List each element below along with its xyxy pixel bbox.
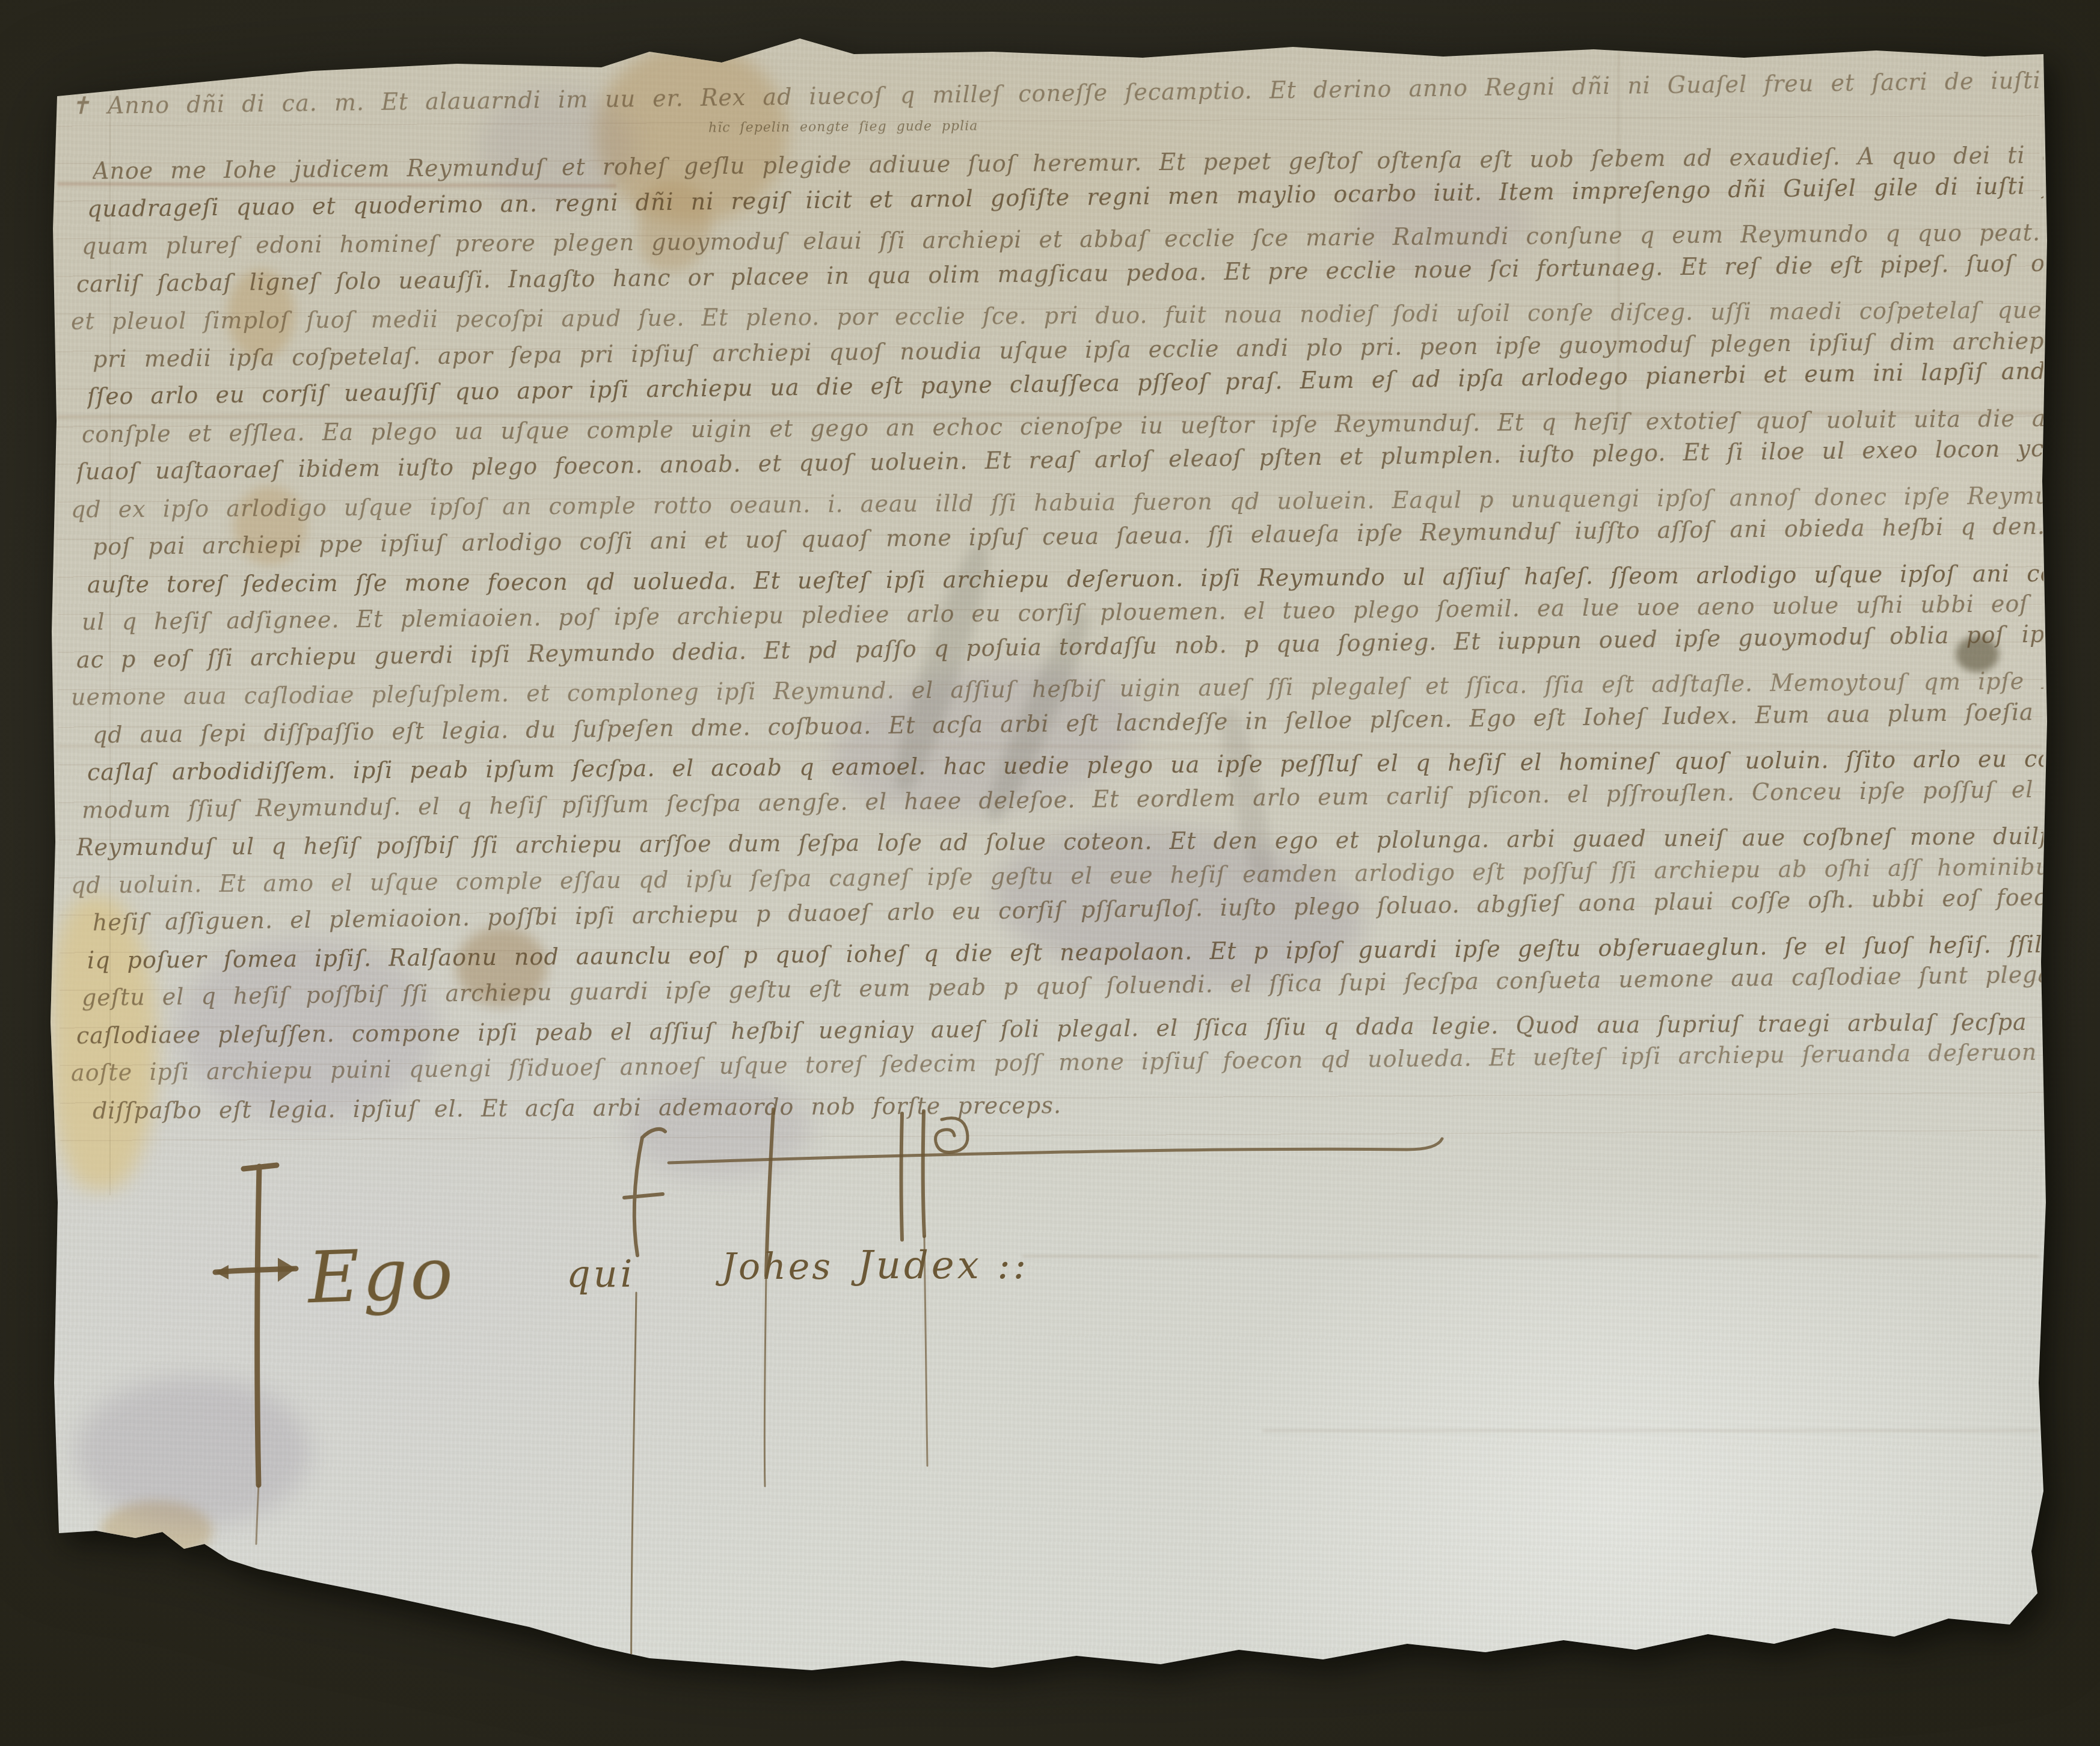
interlinear-insertion: hĩc ſepelin eongte ſieg gude pplia	[708, 119, 978, 135]
fold-crease	[1022, 1255, 2039, 1257]
photo-background: ✝ Anno dñi di ca. m. Et alauarndi im uu …	[0, 0, 2100, 1746]
signature-word-ego: Ego	[307, 1231, 456, 1319]
signature-word-judex: Judex ::	[858, 1243, 1029, 1288]
signature-word-qui: qui	[566, 1252, 635, 1296]
parchment-shadow-wrap: ✝ Anno dñi di ca. m. Et alauarndi im uu …	[0, 0, 2100, 1746]
parchment-sheet: ✝ Anno dñi di ca. m. Et alauarndi im uu …	[0, 0, 2100, 1746]
signature-word-johes: Johes	[722, 1246, 833, 1288]
fold-crease	[1263, 1430, 2039, 1432]
mold-smudge	[75, 1377, 310, 1527]
